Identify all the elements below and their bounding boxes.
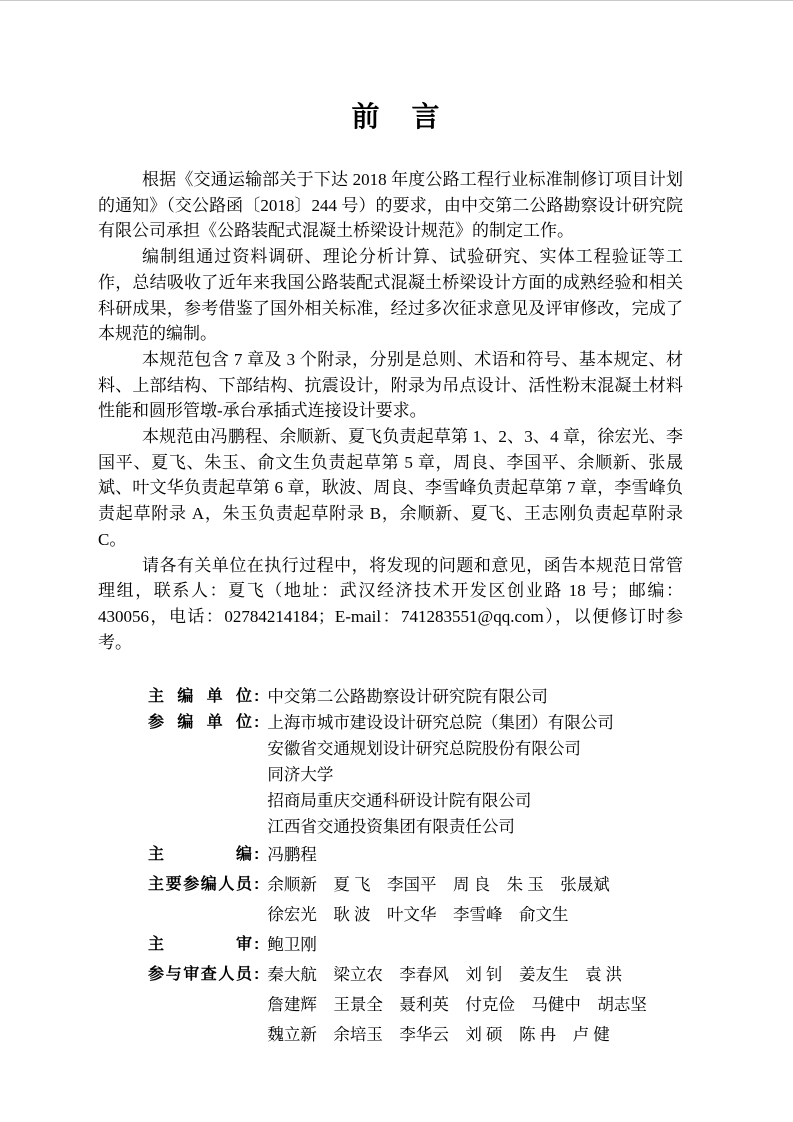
credit-line: 魏立新 余培玉 李华云 刘 硕 陈 冉 卢 健 bbox=[267, 1020, 647, 1050]
credit-line: 江西省交通投资集团有限责任公司 bbox=[267, 814, 614, 840]
credit-colon: : bbox=[254, 684, 259, 710]
paragraph-1: 根据《交通运输部关于下达 2018 年度公路工程行业标准制修订项目计划的通知》（… bbox=[98, 167, 683, 244]
credit-row-chief-editing-unit: 主编单位 : 中交第二公路勘察设计研究院有限公司 bbox=[148, 684, 793, 710]
credit-line: 上海市城市建设设计研究总院（集团）有限公司 bbox=[267, 710, 614, 736]
credit-colon: : bbox=[254, 930, 259, 960]
credit-label-chief-editor: 主编 bbox=[148, 840, 252, 870]
credit-label-participating-units: 参编单位 bbox=[148, 710, 252, 736]
credit-value-review-participants: 秦大航 梁立农 李春风 刘 钊 姜友生 袁 洪 詹建辉 王景全 聂利英 付克俭 … bbox=[267, 960, 647, 1050]
page-title: 前 言 bbox=[0, 101, 793, 133]
credit-value-chief-editor: 冯鹏程 bbox=[267, 840, 317, 870]
credit-line: 冯鹏程 bbox=[267, 840, 317, 870]
credit-line: 徐宏光 耿 波 叶文华 李雪峰 俞文生 bbox=[267, 900, 609, 930]
credit-label-main-contributors: 主要参编人员 bbox=[148, 870, 252, 900]
credit-row-chief-editor: 主编 : 冯鹏程 bbox=[148, 840, 793, 870]
credit-row-participating-units: 参编单位 : 上海市城市建设设计研究总院（集团）有限公司 安徽省交通规划设计研究… bbox=[148, 710, 793, 840]
paragraph-2: 编制组通过资料调研、理论分析计算、试验研究、实体工程验证等工作，总结吸收了近年来… bbox=[98, 244, 683, 347]
credits-section: 主编单位 : 中交第二公路勘察设计研究院有限公司 参编单位 : 上海市城市建设设… bbox=[148, 684, 793, 1050]
credit-label-chief-reviewer: 主审 bbox=[148, 930, 252, 960]
credit-label-review-participants: 参与审查人员 bbox=[148, 960, 252, 990]
credit-value-chief-editing-unit: 中交第二公路勘察设计研究院有限公司 bbox=[267, 684, 548, 710]
credit-row-review-participants: 参与审查人员 : 秦大航 梁立农 李春风 刘 钊 姜友生 袁 洪 詹建辉 王景全… bbox=[148, 960, 793, 1050]
credit-line: 中交第二公路勘察设计研究院有限公司 bbox=[267, 684, 548, 710]
credit-colon: : bbox=[254, 960, 259, 990]
credit-row-main-contributors: 主要参编人员 : 余顺新 夏 飞 李国平 周 良 朱 玉 张晟斌 徐宏光 耿 波… bbox=[148, 870, 793, 930]
preface-body: 根据《交通运输部关于下达 2018 年度公路工程行业标准制修订项目计划的通知》（… bbox=[98, 167, 683, 655]
credit-colon: : bbox=[254, 710, 259, 736]
credit-row-chief-reviewer: 主审 : 鲍卫刚 bbox=[148, 930, 793, 960]
credit-line: 同济大学 bbox=[267, 762, 614, 788]
credit-line: 鲍卫刚 bbox=[267, 930, 317, 960]
credit-line: 安徽省交通规划设计研究总院股份有限公司 bbox=[267, 736, 614, 762]
paragraph-5: 请各有关单位在执行过程中，将发现的问题和意见，函告本规范日常管理组，联系人：夏飞… bbox=[98, 553, 683, 656]
paragraph-4: 本规范由冯鹏程、余顺新、夏飞负责起草第 1、2、3、4 章，徐宏光、李国平、夏飞… bbox=[98, 424, 683, 553]
credit-value-participating-units: 上海市城市建设设计研究总院（集团）有限公司 安徽省交通规划设计研究总院股份有限公… bbox=[267, 710, 614, 840]
credit-value-main-contributors: 余顺新 夏 飞 李国平 周 良 朱 玉 张晟斌 徐宏光 耿 波 叶文华 李雪峰 … bbox=[267, 870, 609, 930]
credit-line: 秦大航 梁立农 李春风 刘 钊 姜友生 袁 洪 bbox=[267, 960, 647, 990]
credit-line: 招商局重庆交通科研设计院有限公司 bbox=[267, 788, 614, 814]
credit-line: 詹建辉 王景全 聂利英 付克俭 马健中 胡志坚 bbox=[267, 990, 647, 1020]
credit-colon: : bbox=[254, 840, 259, 870]
document-page: 前 言 根据《交通运输部关于下达 2018 年度公路工程行业标准制修订项目计划的… bbox=[0, 0, 793, 1122]
credit-colon: : bbox=[254, 870, 259, 900]
credit-value-chief-reviewer: 鲍卫刚 bbox=[267, 930, 317, 960]
credit-line: 余顺新 夏 飞 李国平 周 良 朱 玉 张晟斌 bbox=[267, 870, 609, 900]
credit-label-chief-editing-unit: 主编单位 bbox=[148, 684, 252, 710]
paragraph-3: 本规范包含 7 章及 3 个附录，分别是总则、术语和符号、基本规定、材料、上部结… bbox=[98, 347, 683, 424]
